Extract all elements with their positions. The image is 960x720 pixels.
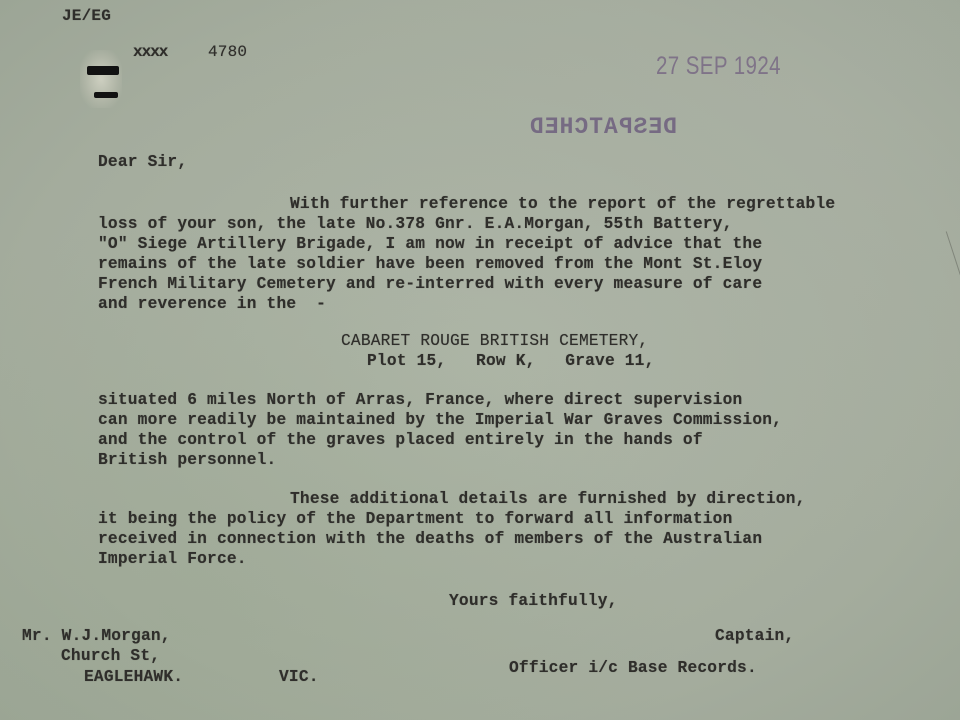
- despatched-stamp: DESPATCHED: [498, 114, 708, 140]
- addressee-street: Church St,: [61, 646, 160, 666]
- signatory-title: Officer i/c Base Records.: [509, 658, 757, 678]
- paragraph-1-line: loss of your son, the late No.378 Gnr. E…: [98, 214, 733, 234]
- paragraph-1-line: remains of the late soldier have been re…: [98, 254, 762, 274]
- paragraph-3-line: it being the policy of the Department to…: [98, 509, 733, 529]
- paragraph-2-line: situated 6 miles North of Arras, France,…: [98, 390, 742, 410]
- addressee-state: VIC.: [279, 667, 319, 687]
- closing: Yours faithfully,: [449, 591, 618, 611]
- cemetery-plot-row-grave: Plot 15, Row K, Grave 11,: [367, 351, 655, 371]
- paragraph-2-line: can more readily be maintained by the Im…: [98, 410, 782, 430]
- cemetery-name: CABARET ROUGE BRITISH CEMETERY,: [341, 331, 648, 351]
- paragraph-1-line: and reverence in the -: [98, 294, 326, 314]
- punch-hole-bottom-icon: [94, 92, 118, 98]
- paragraph-2-line: and the control of the graves placed ent…: [98, 430, 703, 450]
- paragraph-3-line: Imperial Force.: [98, 549, 247, 569]
- paragraph-2-line: British personnel.: [98, 450, 276, 470]
- paragraph-1-line: "O" Siege Artillery Brigade, I am now in…: [98, 234, 762, 254]
- addressee-name: Mr. W.J.Morgan,: [22, 626, 171, 646]
- reference-prefix: xxxx: [133, 42, 167, 62]
- salutation: Dear Sir,: [98, 152, 187, 172]
- punch-hole-tear: [80, 50, 122, 108]
- date-stamp: 27 SEP 1924: [656, 52, 781, 81]
- paragraph-3-line: These additional details are furnished b…: [290, 489, 806, 509]
- reference-number: 4780: [208, 42, 247, 62]
- paragraph-1-line: With further reference to the report of …: [290, 194, 835, 214]
- paper-crease: [946, 231, 960, 288]
- paragraph-3-line: received in connection with the deaths o…: [98, 529, 762, 549]
- signatory-rank: Captain,: [715, 626, 794, 646]
- letter-page: JE/EG xxxx 4780 27 SEP 1924 DESPATCHED D…: [0, 0, 960, 720]
- typist-initials: JE/EG: [62, 6, 111, 26]
- addressee-town: EAGLEHAWK.: [84, 667, 183, 687]
- punch-hole-top-icon: [87, 66, 119, 75]
- paragraph-1-line: French Military Cemetery and re-interred…: [98, 274, 762, 294]
